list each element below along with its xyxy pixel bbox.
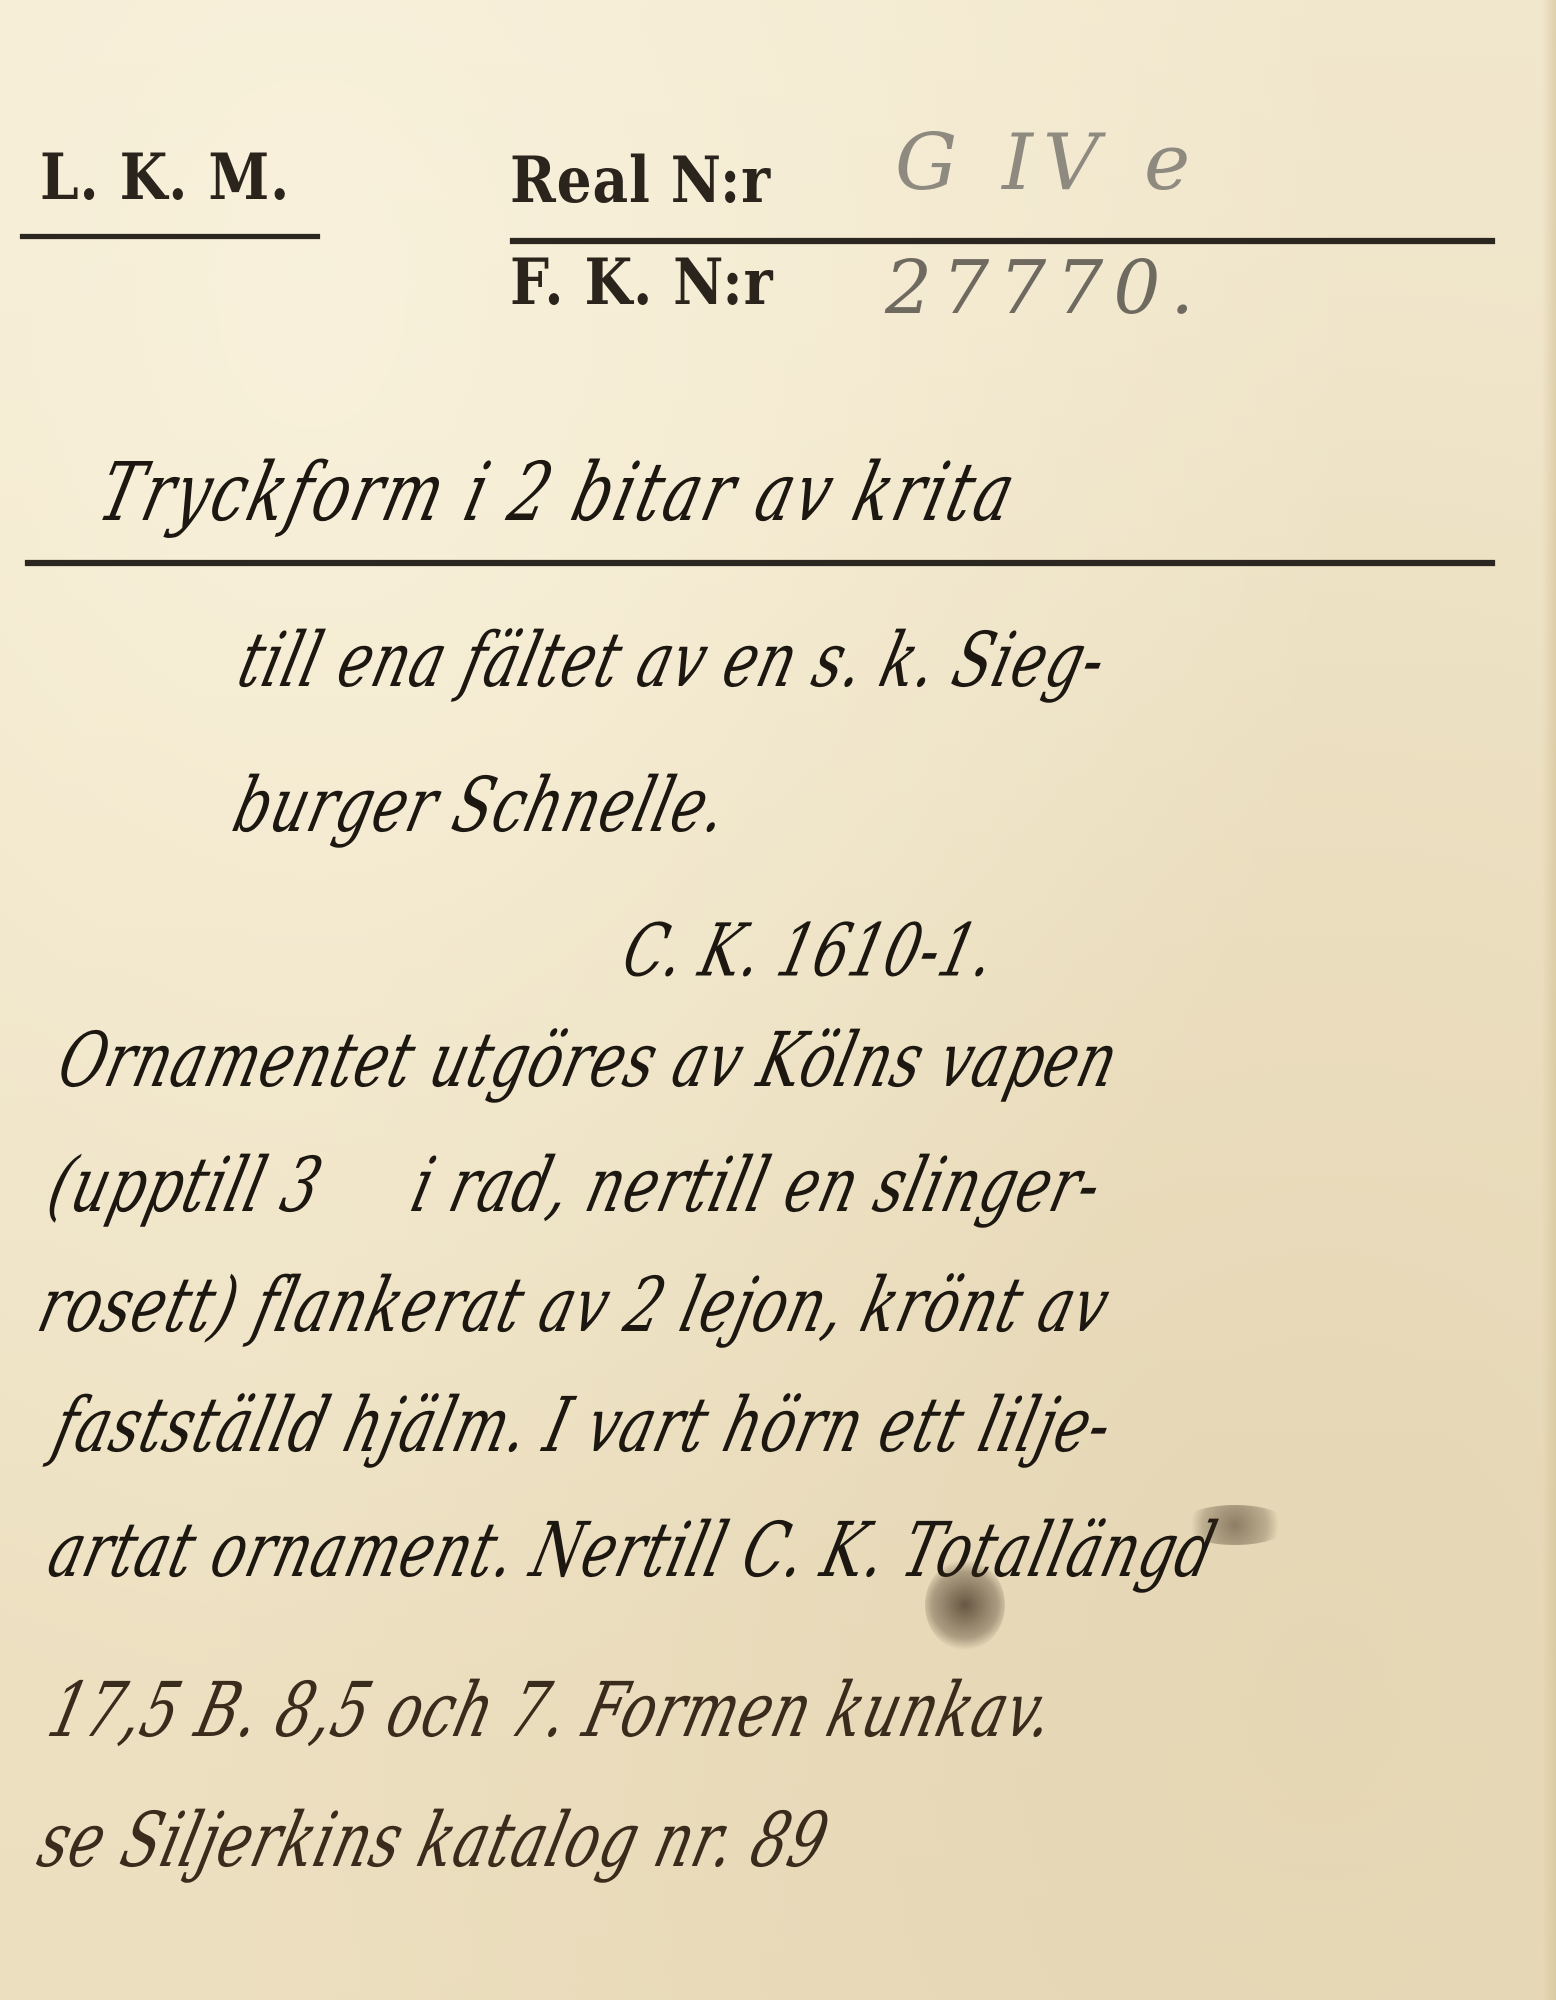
- body-line-5: (upptill 3 i rad, nertill en slinger-: [40, 1142, 1111, 1230]
- body-line-2: burger Schnelle.: [225, 762, 737, 850]
- body-line-10-reference: se Siljerkins katalog nr. 89: [30, 1797, 838, 1885]
- ink-blot-small: [1180, 1505, 1290, 1545]
- fk-nr-value: 27770.: [885, 245, 1204, 331]
- title-rule: [25, 560, 1495, 566]
- body-line-1: till ena fältet av en s. k. Sieg-: [230, 617, 1115, 705]
- institution-label: L. K. M.: [40, 140, 290, 215]
- body-line-7: fastställd hjälm. I vart hörn ett lilje-: [45, 1382, 1121, 1470]
- real-nr-label: Real N:r: [510, 143, 771, 218]
- body-line-8: artat ornament. Nertill C. K. Totallängd: [40, 1507, 1225, 1595]
- body-line-9: 17,5 B. 8,5 och 7. Formen kunkav.: [40, 1667, 1064, 1755]
- fk-nr-label: F. K. N:r: [510, 245, 773, 320]
- header-rule: [510, 238, 1495, 244]
- object-title: Tryckform i 2 bitar av krita: [90, 446, 1027, 541]
- paper-edge: [1542, 0, 1556, 2000]
- institution-underline: [20, 234, 320, 239]
- body-line-3-catalog-code: C. K. 1610-1.: [615, 908, 1005, 993]
- reverse-side-bleed-through: ​: [705, 1860, 1515, 2000]
- real-nr-value: G IV e: [895, 118, 1200, 208]
- body-line-6: rosett) flankerat av 2 lejon, krönt av: [30, 1262, 1118, 1350]
- body-line-4: Ornamentet utgöres av Kölns vapen: [50, 1017, 1127, 1105]
- ink-blot: [925, 1560, 1005, 1650]
